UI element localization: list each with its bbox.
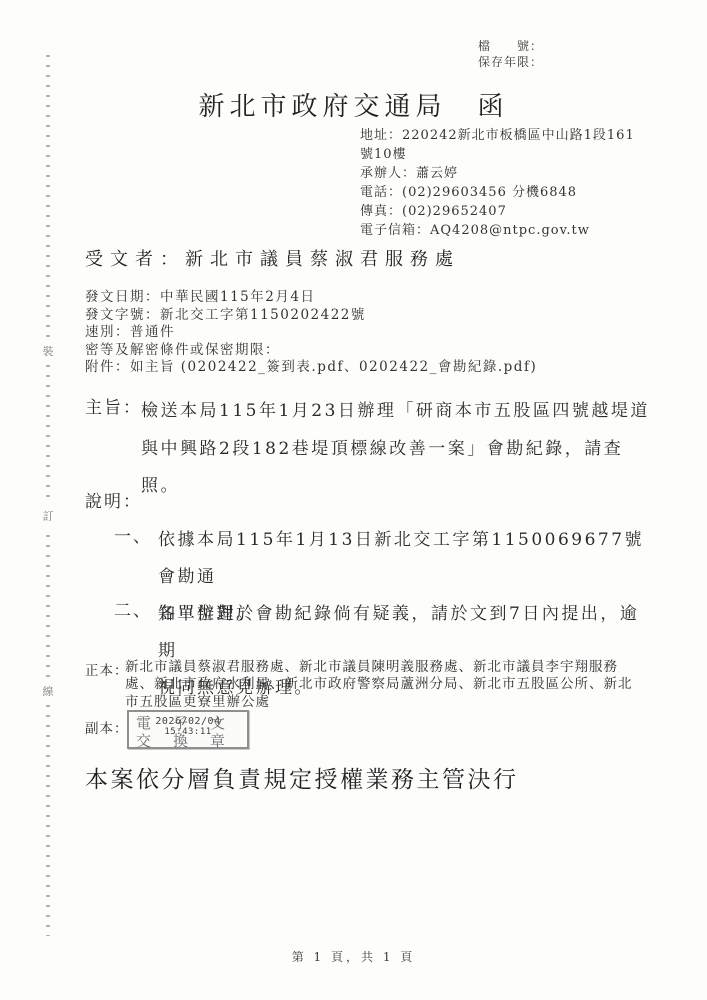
stamp-date: 2026/02/04 (129, 716, 247, 727)
explanation-label: 說明： (85, 487, 142, 512)
security-class: 密等及解密條件或保密期限： (85, 342, 537, 360)
explanation-item-2-number: 二、 (114, 596, 152, 621)
subject-label: 主旨： (85, 393, 142, 418)
document-page: 裝 訂 線 檔 號： 保存年限： 新北市政府交通局 函 地址：220242新北市… (0, 0, 707, 1000)
file-number-block: 檔 號： 保存年限： (478, 38, 543, 70)
explanation-item-1-number: 一、 (114, 522, 152, 547)
retention-period-label: 保存年限： (478, 54, 543, 70)
subject-text: 檢送本局115年1月23日辦理「研商本市五股區四號越堤道 與中興路2段182巷堤… (141, 393, 661, 506)
attachment-line: 附件：如主旨 (0202422_簽到表.pdf、0202422_會勘紀錄.pdf… (85, 359, 537, 377)
original-recipients-label: 正本： (85, 659, 129, 679)
sender-phone: 電話：(02)29603456 分機6848 (360, 183, 635, 202)
sender-address-line1: 地址：220242新北市板橋區中山路1段161 (360, 126, 635, 145)
sender-email: 電子信箱：AQ4208@ntpc.gov.tw (360, 221, 635, 240)
sender-address-line2: 號10樓 (360, 145, 635, 164)
sender-contact-person: 承辦人：蕭云婷 (360, 164, 635, 183)
binding-mark-ding: 訂 (40, 505, 56, 527)
document-number: 發文字號：新北交工字第1150202422號 (85, 307, 537, 325)
file-number-label: 檔 號： (478, 38, 543, 54)
recipient-line: 受文者：新北市議員蔡淑君服務處 (85, 245, 460, 271)
issue-date: 發文日期：中華民國115年2月4日 (85, 289, 537, 307)
document-meta-block: 發文日期：中華民國115年2月4日 發文字號：新北交工字第1150202422號… (85, 289, 537, 377)
electronic-exchange-stamp: 電子文 交換章 2026/02/04 15:43:11 (127, 710, 249, 749)
binding-dotted-line (46, 55, 50, 936)
binding-mark-zhuang: 裝 (40, 340, 56, 362)
stamp-time: 15:43:11 (129, 727, 247, 737)
closing-statement: 本案依分層負責規定授權業務主管決行 (85, 761, 519, 794)
page-number-footer: 第 1 頁，共 1 頁 (0, 948, 707, 965)
sender-fax: 傳真：(02)29652407 (360, 202, 635, 221)
document-title: 新北市政府交通局 函 (0, 86, 707, 123)
binding-mark-xian: 線 (40, 680, 56, 702)
copy-recipients-label: 副本： (85, 717, 129, 737)
sender-info-block: 地址：220242新北市板橋區中山路1段161 號10樓 承辦人：蕭云婷 電話：… (360, 126, 635, 240)
speed-class: 速別：普通件 (85, 324, 537, 342)
original-recipients-text: 新北市議員蔡淑君服務處、新北市議員陳明義服務處、新北市議員李宇翔服務 處、新北市… (125, 659, 665, 711)
